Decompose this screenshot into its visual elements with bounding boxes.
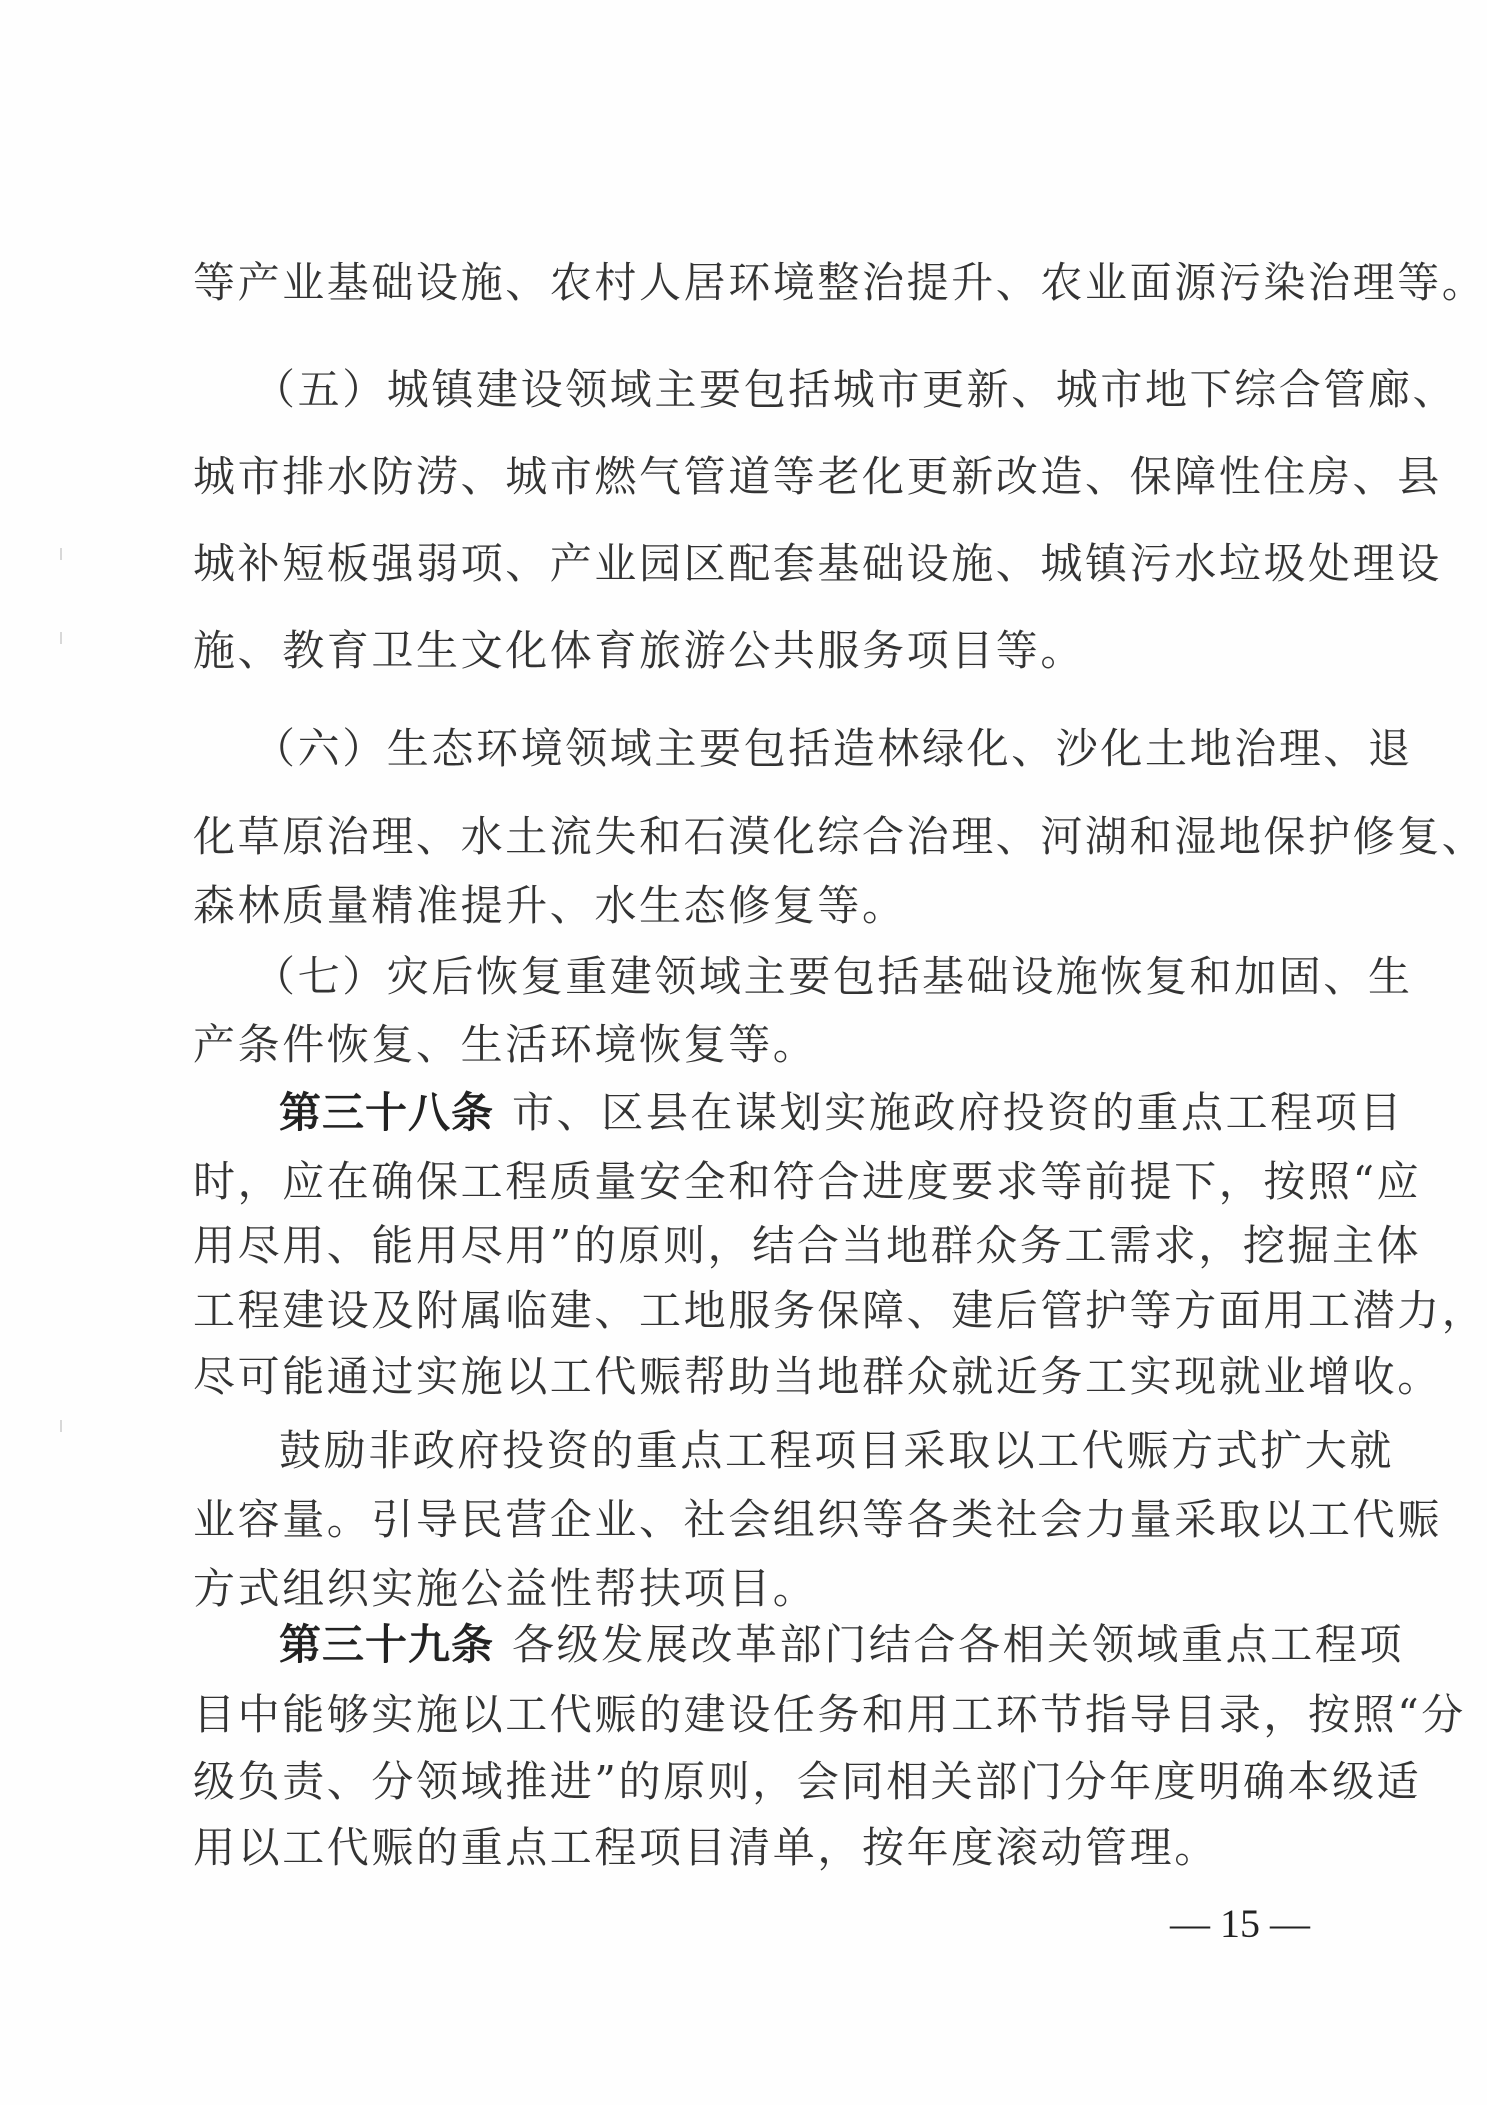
document-page: 等产业基础设施、农村人居环境整治提升、农业面源污染治理等。 （五）城镇建设领域主… <box>0 0 1487 2105</box>
article-38-text: 市、区县在谋划实施政府投资的重点工程项目 <box>512 1088 1404 1137</box>
article-39-title: 第三十九条 <box>279 1620 494 1669</box>
scan-artifact <box>60 1420 62 1432</box>
paragraph-line: 产条件恢复、生活环境恢复等。 <box>193 1020 1313 1070</box>
paragraph-line-item-6: （六）生态环境领域主要包括造林绿化、沙化土地治理、退 <box>193 724 1313 774</box>
scan-artifact <box>60 548 62 560</box>
scan-artifact <box>60 632 62 644</box>
paragraph-line: 化草原治理、水土流失和石漠化综合治理、河湖和湿地保护修复、 <box>193 812 1313 862</box>
paragraph-line: 施、教育卫生文化体育旅游公共服务项目等。 <box>193 626 1313 676</box>
paragraph-line: 用尽用、能用尽用”的原则，结合当地群众务工需求，挖掘主体 <box>193 1221 1313 1271</box>
paragraph-line: 级负责、分领域推进”的原则，会同相关部门分年度明确本级适 <box>193 1757 1313 1807</box>
paragraph-line: 工程建设及附属临建、工地服务保障、建后管护等方面用工潜力， <box>193 1286 1313 1336</box>
article-38-title: 第三十八条 <box>279 1088 494 1137</box>
paragraph-line-item-5: （五）城镇建设领域主要包括城市更新、城市地下综合管廊、 <box>193 365 1313 415</box>
paragraph-line: 方式组织实施公益性帮扶项目。 <box>193 1564 1313 1614</box>
paragraph-line: 尽可能通过实施以工代赈帮助当地群众就近务工实现就业增收。 <box>193 1352 1313 1402</box>
paragraph-line: 等产业基础设施、农村人居环境整治提升、农业面源污染治理等。 <box>193 258 1313 308</box>
paragraph-line: 目中能够实施以工代赈的建设任务和用工环节指导目录，按照“分 <box>193 1690 1313 1740</box>
article-39-first-line: 第三十九条各级发展改革部门结合各相关领域重点工程项 <box>193 1620 1313 1670</box>
paragraph-line: 时，应在确保工程质量安全和符合进度要求等前提下，按照“应 <box>193 1157 1313 1207</box>
paragraph-line: 用以工代赈的重点工程项目清单，按年度滚动管理。 <box>193 1823 1313 1873</box>
article-38-first-line: 第三十八条市、区县在谋划实施政府投资的重点工程项目 <box>193 1088 1313 1138</box>
paragraph-line: 城市排水防涝、城市燃气管道等老化更新改造、保障性住房、县 <box>193 452 1313 502</box>
paragraph-line-item-7: （七）灾后恢复重建领域主要包括基础设施恢复和加固、生 <box>193 952 1313 1002</box>
paragraph-line: 业容量。引导民营企业、社会组织等各类社会力量采取以工代赈 <box>193 1495 1313 1545</box>
paragraph-line: 鼓励非政府投资的重点工程项目采取以工代赈方式扩大就 <box>193 1426 1313 1476</box>
page-number: — 15 — <box>1170 1900 1310 1947</box>
paragraph-line: 森林质量精准提升、水生态修复等。 <box>193 881 1313 931</box>
article-39-text: 各级发展改革部门结合各相关领域重点工程项 <box>512 1620 1404 1669</box>
paragraph-line: 城补短板强弱项、产业园区配套基础设施、城镇污水垃圾处理设 <box>193 539 1313 589</box>
